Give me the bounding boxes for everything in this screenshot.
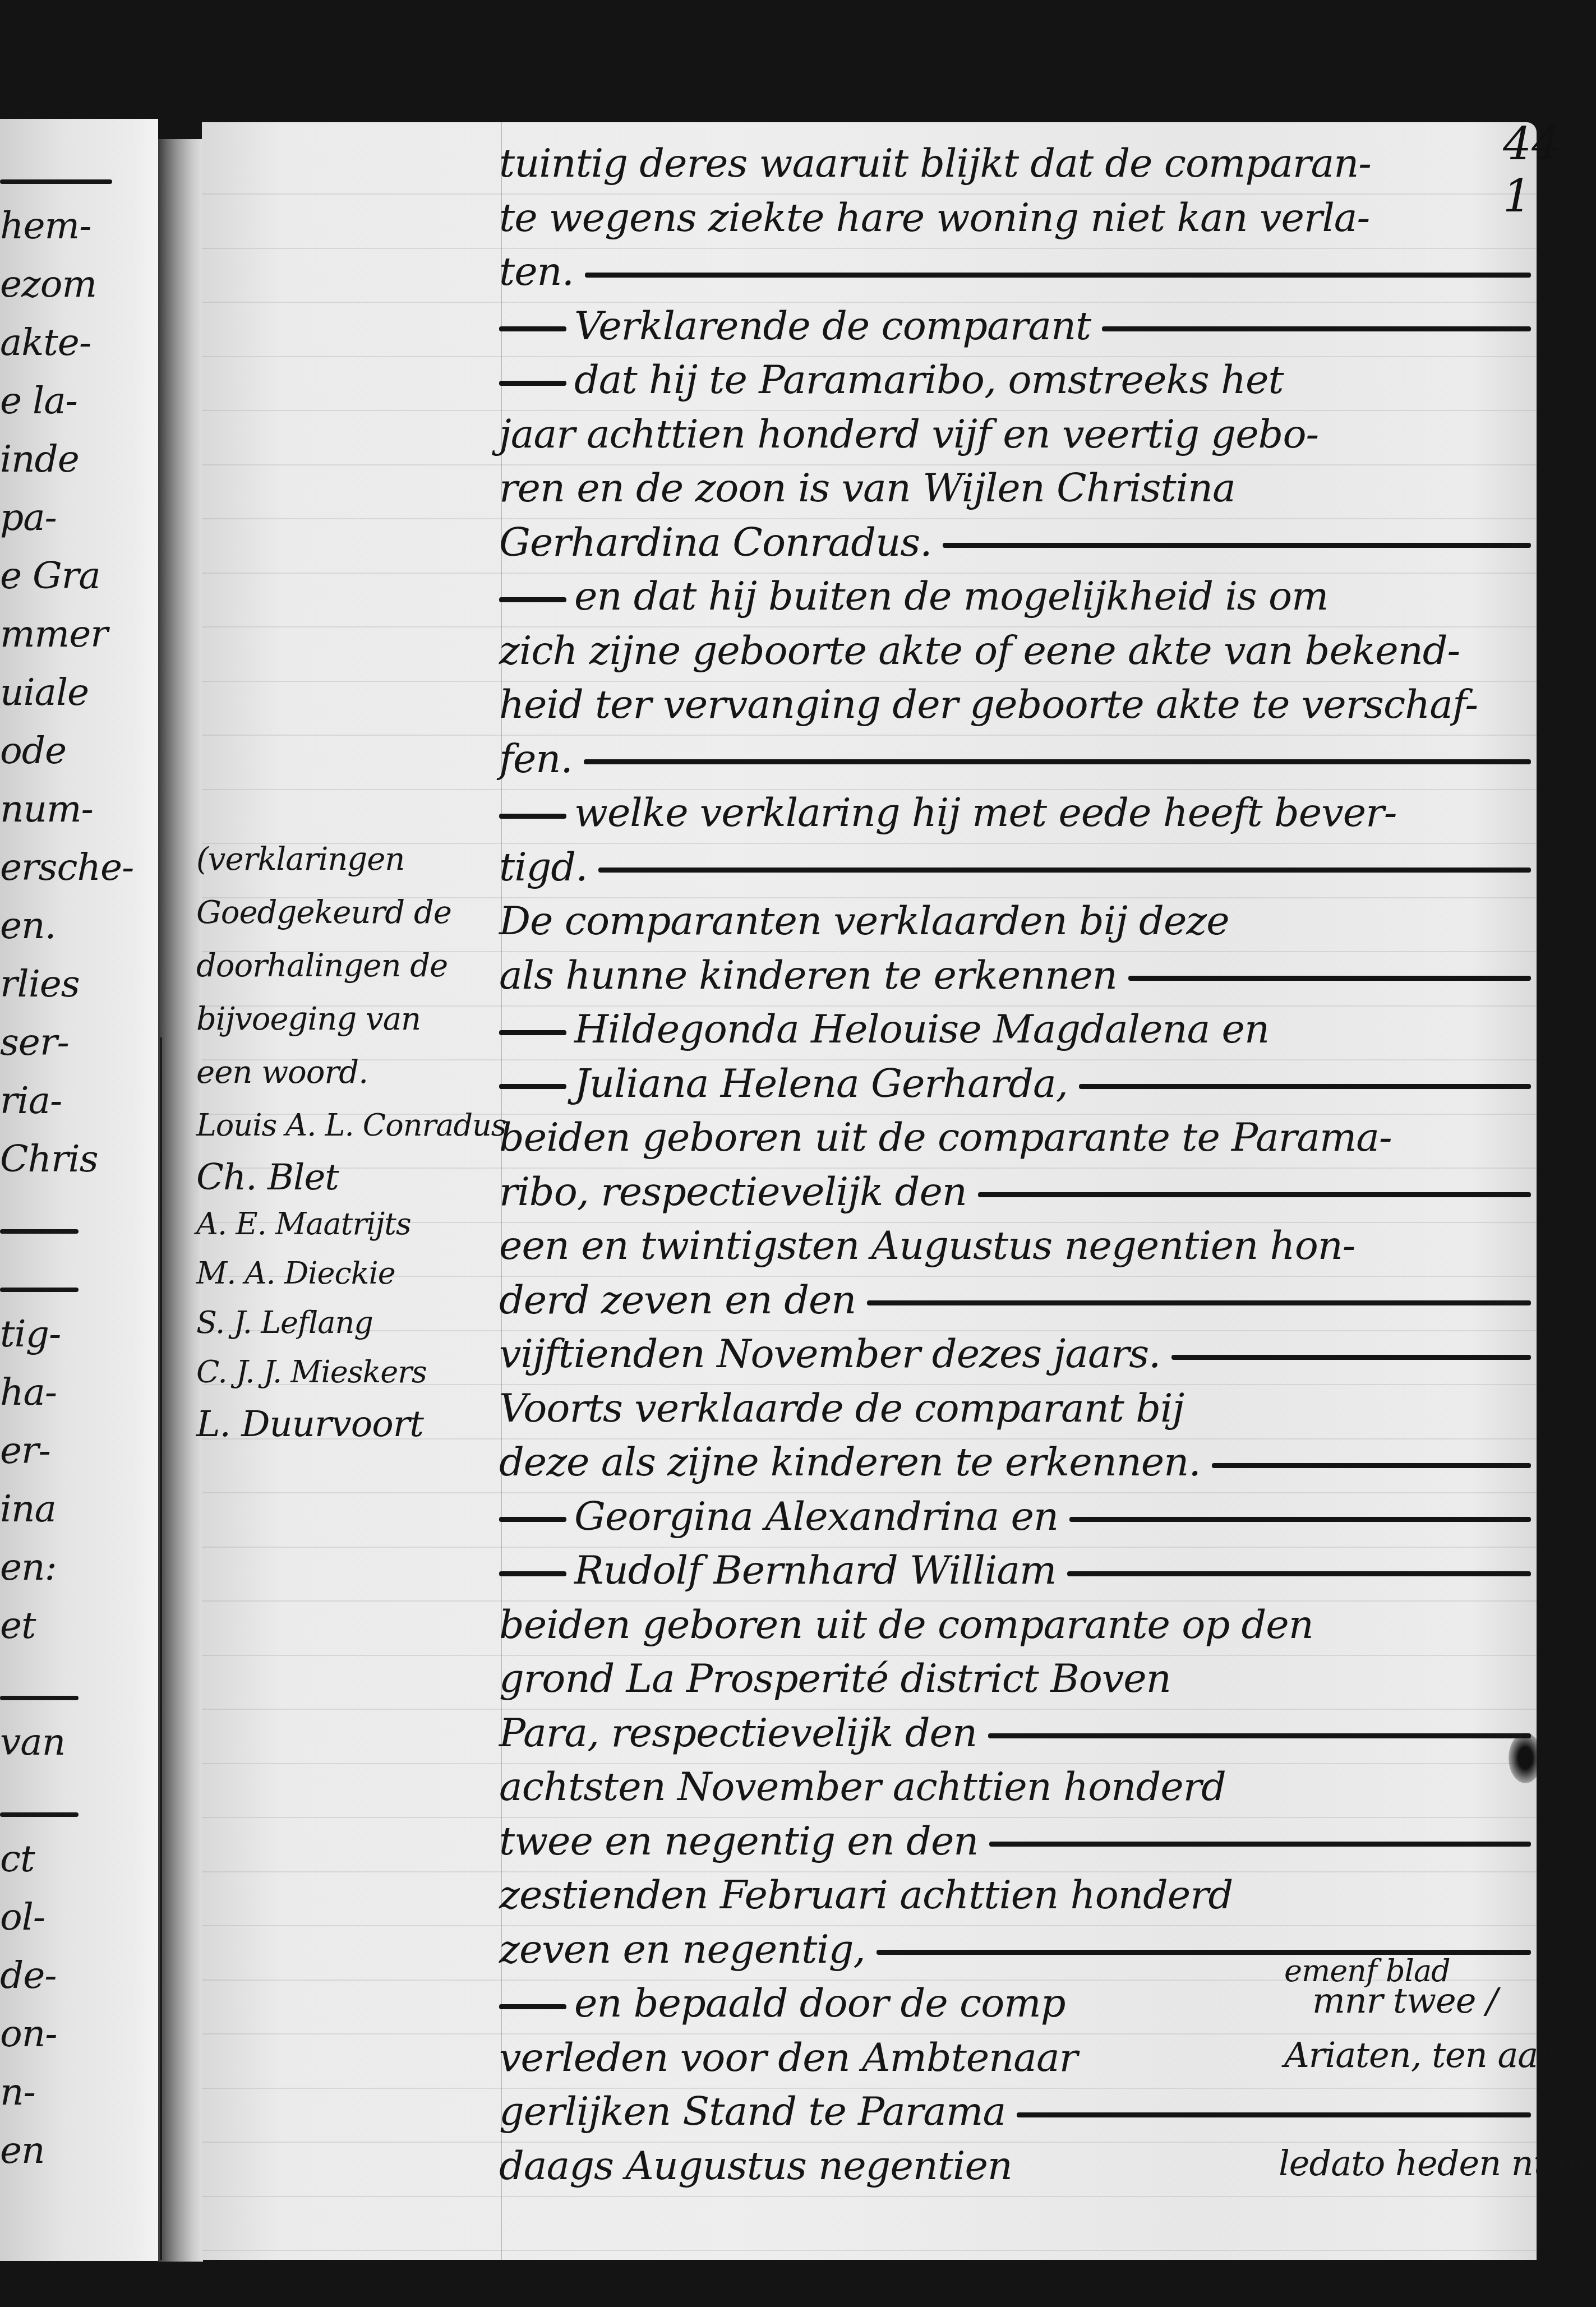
line-text: beiden geboren uit de comparante te Para… <box>499 1114 1392 1160</box>
text-line: Georgina Alexandrina en <box>499 1493 1531 1539</box>
text-line: heid ter vervanging der geboorte akte te… <box>499 681 1478 727</box>
text-line: zestienden Februari achttien honderd <box>499 1872 1233 1918</box>
line-text: daags Augustus negentien <box>499 2143 1012 2189</box>
left-filler-line <box>0 179 112 184</box>
left-page-fragment: on- <box>0 2012 151 2055</box>
left-page-fragment: en. <box>0 904 151 947</box>
witness-signature: L. Duurvoort <box>196 1404 423 1445</box>
line-text: gerlijken Stand te Parama <box>499 2088 1005 2134</box>
text-line: tigd. <box>499 844 1531 890</box>
ink-blot <box>1509 1733 1542 1783</box>
line-text: Para, respectievelijk den <box>499 1710 977 1756</box>
line-text: zich zijne geboorte akte of eene akte va… <box>499 627 1460 673</box>
text-line: gerlijken Stand te Parama <box>499 2088 1531 2134</box>
left-page-fragment: mmer <box>0 612 151 656</box>
left-page-fragment: rlies <box>0 962 151 1005</box>
line-text: Voorts verklaarde de comparant bij <box>499 1385 1184 1431</box>
line-text: en bepaald door de comp <box>574 1980 1065 2026</box>
filler-dash <box>499 326 566 331</box>
witness-signature: Louis A. L. Conradus <box>196 1108 506 1143</box>
left-page-fragment: inde <box>0 437 151 481</box>
text-line: als hunne kinderen te erkennen <box>499 952 1531 998</box>
filler-dash <box>499 1517 566 1522</box>
text-line: Gerhardina Conradus. <box>499 519 1531 565</box>
text-line: fen. <box>499 736 1531 782</box>
filler-line <box>598 868 1531 873</box>
line-text: beiden geboren uit de comparante op den <box>499 1602 1313 1648</box>
line-text: zestienden Februari achttien honderd <box>499 1872 1233 1918</box>
filler-line <box>585 273 1531 278</box>
line-text: zeven en negentig, <box>499 1926 865 1972</box>
left-filler-line <box>0 1696 79 1700</box>
text-line: achtsten November achttien honderd <box>499 1764 1226 1810</box>
text-line: dat hij te Paramaribo, omstreeks het <box>499 357 1284 403</box>
text-line: twee en negentig en den <box>499 1818 1531 1864</box>
margin-approval-line: een woord. <box>196 1054 368 1091</box>
line-text: grond La Prosperité district Boven <box>499 1655 1171 1701</box>
text-line: beiden geboren uit de comparante te Para… <box>499 1114 1392 1160</box>
line-text: ten. <box>499 248 574 294</box>
filler-dash <box>499 2004 566 2009</box>
line-text: Verklarende de comparant <box>574 303 1091 349</box>
text-line: Verklarende de comparant <box>499 303 1531 349</box>
left-page-fragment: n- <box>0 2070 151 2114</box>
line-text: tuintig deres waaruit blijkt dat de comp… <box>499 140 1371 186</box>
left-page-fragment: ersche- <box>0 846 151 889</box>
left-filler-line <box>0 1229 79 1234</box>
left-page-fragment: ol- <box>0 1895 151 1939</box>
text-line: welke verklaring hij met eede heeft beve… <box>499 790 1396 836</box>
filler-dash <box>499 1571 566 1576</box>
text-line: grond La Prosperité district Boven <box>499 1655 1171 1701</box>
line-text: tigd. <box>499 844 587 890</box>
line-text: Hildegonda Helouise Magdalena en <box>574 1006 1269 1052</box>
line-text: jaar achttien honderd vijf en veertig ge… <box>499 411 1318 457</box>
left-page-fragment: ina <box>0 1487 151 1530</box>
witness-signature: M. A. Dieckie <box>196 1256 395 1291</box>
filler-line <box>584 759 1531 764</box>
filler-line <box>978 1192 1531 1197</box>
text-line: te wegens ziekte hare woning niet kan ve… <box>499 195 1369 241</box>
gutter-edge <box>160 1037 162 2260</box>
text-line: Voorts verklaarde de comparant bij <box>499 1385 1184 1431</box>
filler-dash <box>499 597 566 602</box>
line-text: dat hij te Paramaribo, omstreeks het <box>574 357 1284 403</box>
line-text: een en twintigsten Augustus negentien ho… <box>499 1222 1355 1268</box>
left-page-fragment: uiale <box>0 671 151 714</box>
text-line: daags Augustus negentien <box>499 2143 1012 2189</box>
text-line: Para, respectievelijk den <box>499 1710 1531 1756</box>
text-line: vijftienden November dezes jaars. <box>499 1331 1531 1377</box>
text-line: een en twintigsten Augustus negentien ho… <box>499 1222 1355 1268</box>
left-page-fragment: ezom <box>0 262 151 306</box>
filler-line <box>1212 1463 1531 1468</box>
line-text: Juliana Helena Gerharda, <box>574 1060 1068 1106</box>
text-line: De comparanten verklaarden bij deze <box>499 898 1229 944</box>
filler-line <box>1017 2112 1531 2117</box>
filler-line <box>1079 1084 1531 1089</box>
witness-signature: C. J. J. Mieskers <box>196 1354 427 1390</box>
text-line: Hildegonda Helouise Magdalena en <box>499 1006 1269 1052</box>
left-page-fragment: tig- <box>0 1312 151 1355</box>
line-text: twee en negentig en den <box>499 1818 978 1864</box>
line-text: heid ter vervanging der geboorte akte te… <box>499 681 1478 727</box>
line-text: Georgina Alexandrina en <box>574 1493 1058 1539</box>
line-text: te wegens ziekte hare woning niet kan ve… <box>499 195 1369 241</box>
line-text: ribo, respectievelijk den <box>499 1169 967 1215</box>
ruled-line <box>202 2250 1537 2251</box>
margin-approval-line: (verklaringen <box>196 841 404 878</box>
left-page-fragment: ode <box>0 729 151 772</box>
book-gutter <box>158 139 203 2262</box>
text-line: zich zijne geboorte akte of eene akte va… <box>499 627 1460 673</box>
left-page-fragment: er- <box>0 1429 151 1472</box>
witness-signature: S. J. Leflang <box>196 1305 373 1340</box>
witness-signature: A. E. Maatrijts <box>196 1206 411 1242</box>
margin-approval-line: Goedgekeurd de <box>196 894 451 931</box>
text-line: en dat hij buiten de mogelijkheid is om <box>499 573 1328 619</box>
text-line: en bepaald door de comp <box>499 1980 1065 2026</box>
text-line: ten. <box>499 248 1531 294</box>
filler-line <box>1102 326 1531 331</box>
left-page-fragment: et <box>0 1604 151 1647</box>
left-page-fragment: en <box>0 2129 151 2172</box>
filler-line <box>1067 1571 1531 1576</box>
line-text: fen. <box>499 736 573 782</box>
margin-approval-line: doorhalingen de <box>196 948 448 984</box>
left-page-fragment: ha- <box>0 1371 151 1414</box>
filler-line <box>988 1733 1531 1738</box>
line-text: Rudolf Bernhard William <box>574 1547 1056 1593</box>
line-text: welke verklaring hij met eede heeft beve… <box>574 790 1396 836</box>
filler-line <box>867 1300 1531 1305</box>
left-filler-line <box>0 1288 79 1292</box>
line-text: derd zeven en den <box>499 1277 856 1323</box>
line-text: deze als zijne kinderen te erkennen. <box>499 1439 1201 1485</box>
left-page-fragment: ria- <box>0 1079 151 1122</box>
line-text: achtsten November achttien honderd <box>499 1764 1226 1810</box>
text-line: ren en de zoon is van Wijlen Christina <box>499 465 1235 511</box>
filler-line <box>1128 976 1531 981</box>
line-text: Gerhardina Conradus. <box>499 519 931 565</box>
witness-signature: Ch. Blet <box>196 1157 339 1198</box>
left-page-fragment: ser- <box>0 1021 151 1064</box>
filler-line <box>1069 1517 1531 1522</box>
left-page-fragment: van <box>0 1720 151 1764</box>
filler-line <box>943 543 1531 548</box>
line-text: ren en de zoon is van Wijlen Christina <box>499 465 1235 511</box>
left-page-fragment: Chris <box>0 1137 151 1180</box>
text-line: deze als zijne kinderen te erkennen. <box>499 1439 1531 1485</box>
line-text: verleden voor den Ambtenaar <box>499 2034 1077 2080</box>
filler-dash <box>499 381 566 386</box>
left-filler-line <box>0 1812 79 1817</box>
line-text: De comparanten verklaarden bij deze <box>499 898 1229 944</box>
interlinear-addition: Ariaten, ten aan <box>1284 2034 1560 2075</box>
left-page-fragment: num- <box>0 787 151 830</box>
left-page-fragment: e la- <box>0 379 151 422</box>
folio-number: 44 1 <box>1503 118 1596 222</box>
text-line: tuintig deres waaruit blijkt dat de comp… <box>499 140 1371 186</box>
filler-line <box>989 1842 1531 1847</box>
left-page-fragment: de- <box>0 1954 151 1997</box>
left-page-fragment: e Gra <box>0 554 151 597</box>
interlinear-addition: mnr twee / <box>1312 1980 1497 2021</box>
filler-dash <box>499 1084 566 1089</box>
text-line: beiden geboren uit de comparante op den <box>499 1602 1313 1648</box>
left-page-fragment: ct <box>0 1837 151 1880</box>
left-page-fragment: pa- <box>0 496 151 539</box>
margin-approval-line: bijvoeging van <box>196 1001 421 1037</box>
text-line: Rudolf Bernhard William <box>499 1547 1531 1593</box>
interlinear-addition: ledato heden num <box>1279 2143 1587 2184</box>
text-line: verleden voor den Ambtenaar <box>499 2034 1077 2080</box>
text-line: derd zeven en den <box>499 1277 1531 1323</box>
filler-dash <box>499 1030 566 1035</box>
filler-line <box>1171 1355 1531 1360</box>
filler-dash <box>499 814 566 819</box>
ruled-line <box>202 2196 1537 2197</box>
text-line: jaar achttien honderd vijf en veertig ge… <box>499 411 1318 457</box>
text-line: Juliana Helena Gerharda, <box>499 1060 1531 1106</box>
left-page-fragment: en: <box>0 1545 151 1589</box>
left-page-fragment: akte- <box>0 321 151 364</box>
line-text: als hunne kinderen te erkennen <box>499 952 1117 998</box>
line-text: en dat hij buiten de mogelijkheid is om <box>574 573 1328 619</box>
text-line: ribo, respectievelijk den <box>499 1169 1531 1215</box>
line-text: vijftienden November dezes jaars. <box>499 1331 1160 1377</box>
left-page-fragment: hem- <box>0 204 151 247</box>
